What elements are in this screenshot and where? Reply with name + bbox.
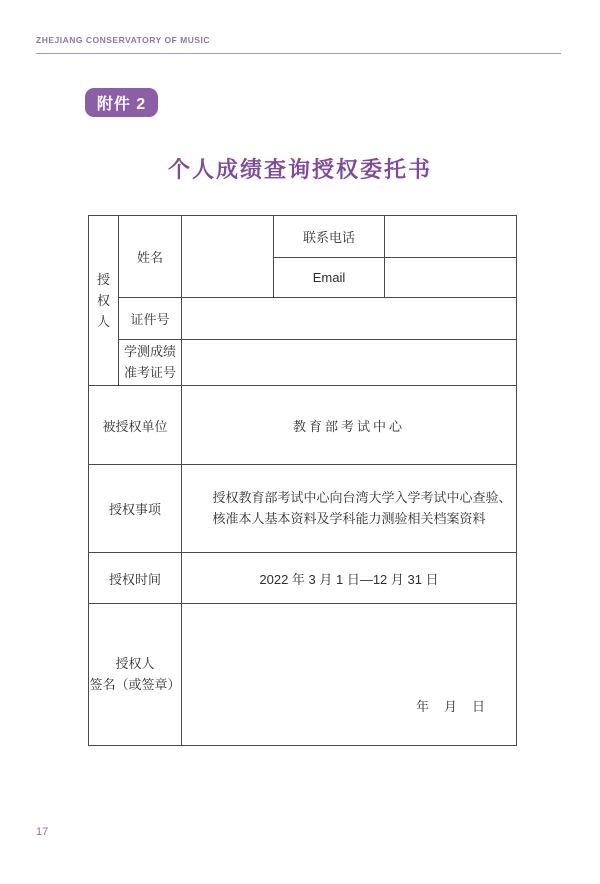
- name-input-cell: [182, 216, 274, 298]
- authorizer-label-cell: 授 权 人: [89, 216, 119, 386]
- authorized-unit-value-cell: 教育部考试中心: [182, 386, 517, 465]
- period-value-cell: 2022 年 3 月 1 日—12 月 31 日: [182, 553, 517, 604]
- signature-label-cell: 授权人 签名（或签章）: [89, 604, 182, 746]
- header-divider: [36, 53, 561, 54]
- id-input-cell: [182, 298, 517, 340]
- period-label-cell: 授权时间: [89, 553, 182, 604]
- email-label-cell: Email: [274, 258, 385, 298]
- matters-value-cell: 授权教育部考试中心向台湾大学入学考试中心查验、核准本人基本资料及学科能力测验相关…: [182, 465, 517, 553]
- table-row: 学测成绩 准考证号: [89, 340, 517, 386]
- signature-input-cell: 年 月 日: [182, 604, 517, 746]
- email-input-cell: [385, 258, 517, 298]
- page-number: 17: [36, 826, 48, 838]
- brand-text: ZHEJIANG CONSERVATORY OF MUSIC: [36, 35, 210, 45]
- table-row: 证件号: [89, 298, 517, 340]
- document-page: ZHEJIANG CONSERVATORY OF MUSIC 附件 2 个人成绩…: [0, 0, 600, 884]
- id-label-cell: 证件号: [119, 298, 182, 340]
- phone-label-cell: 联系电话: [274, 216, 385, 258]
- attachment-badge: 附件 2: [85, 88, 158, 117]
- authorization-form-table: 授 权 人 姓名 联系电话 Email 证件号 学测成绩 准考证号 被授权单位 …: [88, 215, 517, 746]
- authorized-unit-label-cell: 被授权单位: [89, 386, 182, 465]
- matters-label-cell: 授权事项: [89, 465, 182, 553]
- table-row: 授权人 签名（或签章） 年 月 日: [89, 604, 517, 746]
- table-row: 授 权 人 姓名 联系电话: [89, 216, 517, 258]
- phone-input-cell: [385, 216, 517, 258]
- name-label-cell: 姓名: [119, 216, 182, 298]
- date-placeholder: 年 月 日: [416, 696, 486, 715]
- page-title: 个人成绩查询授权委托书: [0, 156, 600, 183]
- exam-ticket-input-cell: [182, 340, 517, 386]
- table-row: 授权事项 授权教育部考试中心向台湾大学入学考试中心查验、核准本人基本资料及学科能…: [89, 465, 517, 553]
- exam-ticket-label-cell: 学测成绩 准考证号: [119, 340, 182, 386]
- table-row: 被授权单位 教育部考试中心: [89, 386, 517, 465]
- table-row: 授权时间 2022 年 3 月 1 日—12 月 31 日: [89, 553, 517, 604]
